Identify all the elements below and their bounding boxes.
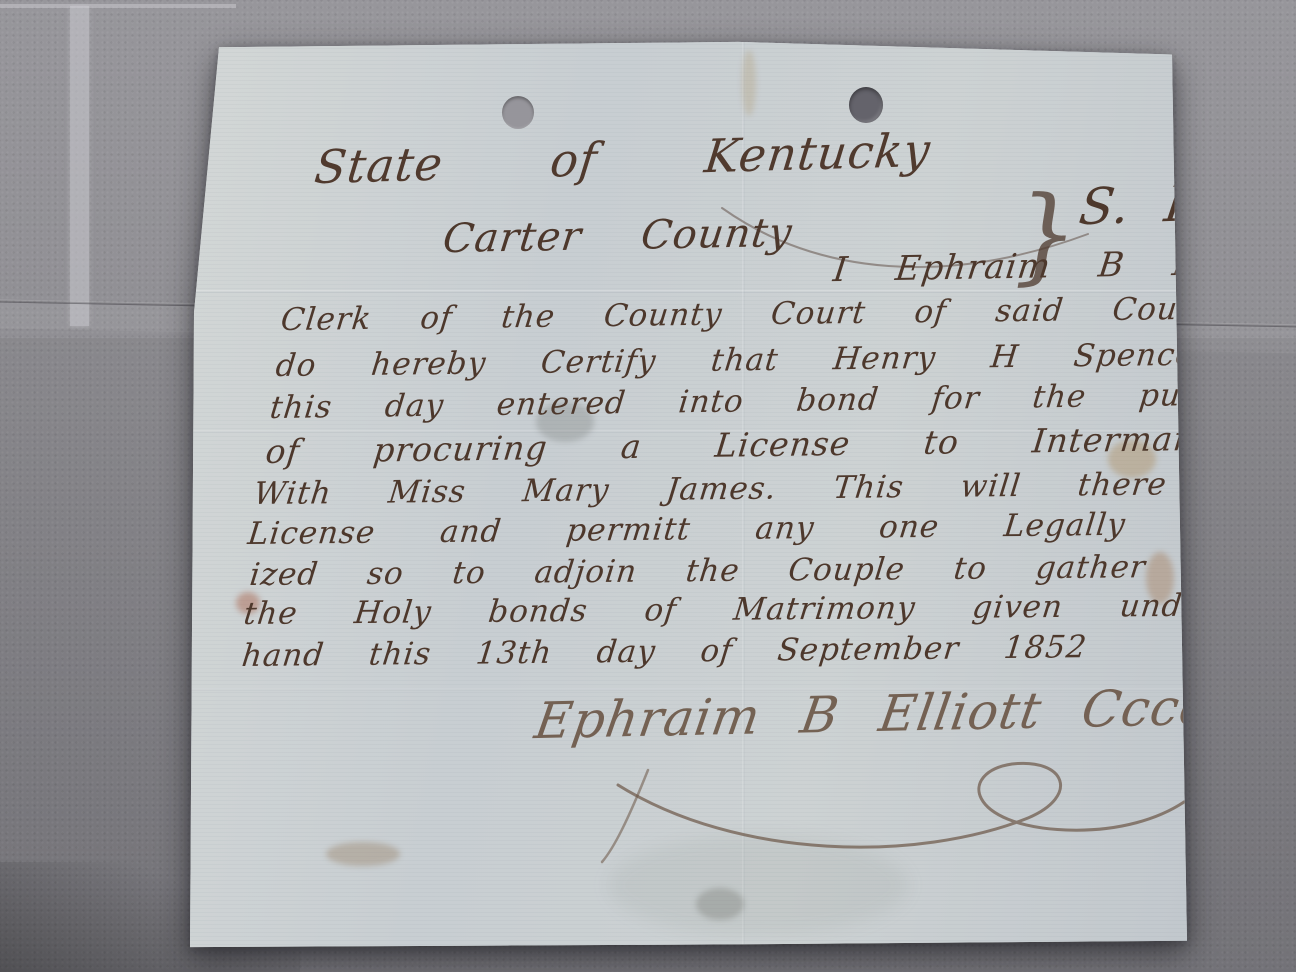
signature-flourish: [588, 730, 1208, 880]
heading-line: State of Kentucky: [312, 123, 934, 194]
stain: [742, 50, 756, 116]
body-line: this day entered into bond for the purpo…: [268, 376, 1275, 426]
surface-seam-top: [0, 4, 236, 8]
surface-seam-vertical: [70, 6, 89, 326]
body-line: of procuring a License to Intermarry: [264, 419, 1229, 471]
body-line: the Holy bonds of Matrimony given under …: [242, 587, 1296, 632]
stain: [326, 842, 400, 866]
punch-hole-left: [502, 96, 534, 129]
body-line: With Miss Mary James. This will there fo…: [252, 465, 1293, 512]
punch-hole-right: [849, 87, 883, 123]
body-line: hand this 13th day of September 1852: [240, 629, 1089, 674]
heading-flourish: [708, 190, 1128, 320]
document-paper: State of Kentucky Carter County } S. P. …: [188, 40, 1188, 948]
body-line: License and permitt any one Legally Auth…: [246, 505, 1296, 552]
body-line: ized so to adjoin the Couple to gather i…: [248, 548, 1229, 593]
body-line: do hereby Certify that Henry H Spencer: [274, 337, 1213, 384]
photo-of-document: State of Kentucky Carter County } S. P. …: [0, 0, 1296, 972]
paper-sheet: State of Kentucky Carter County } S. P. …: [188, 40, 1188, 948]
